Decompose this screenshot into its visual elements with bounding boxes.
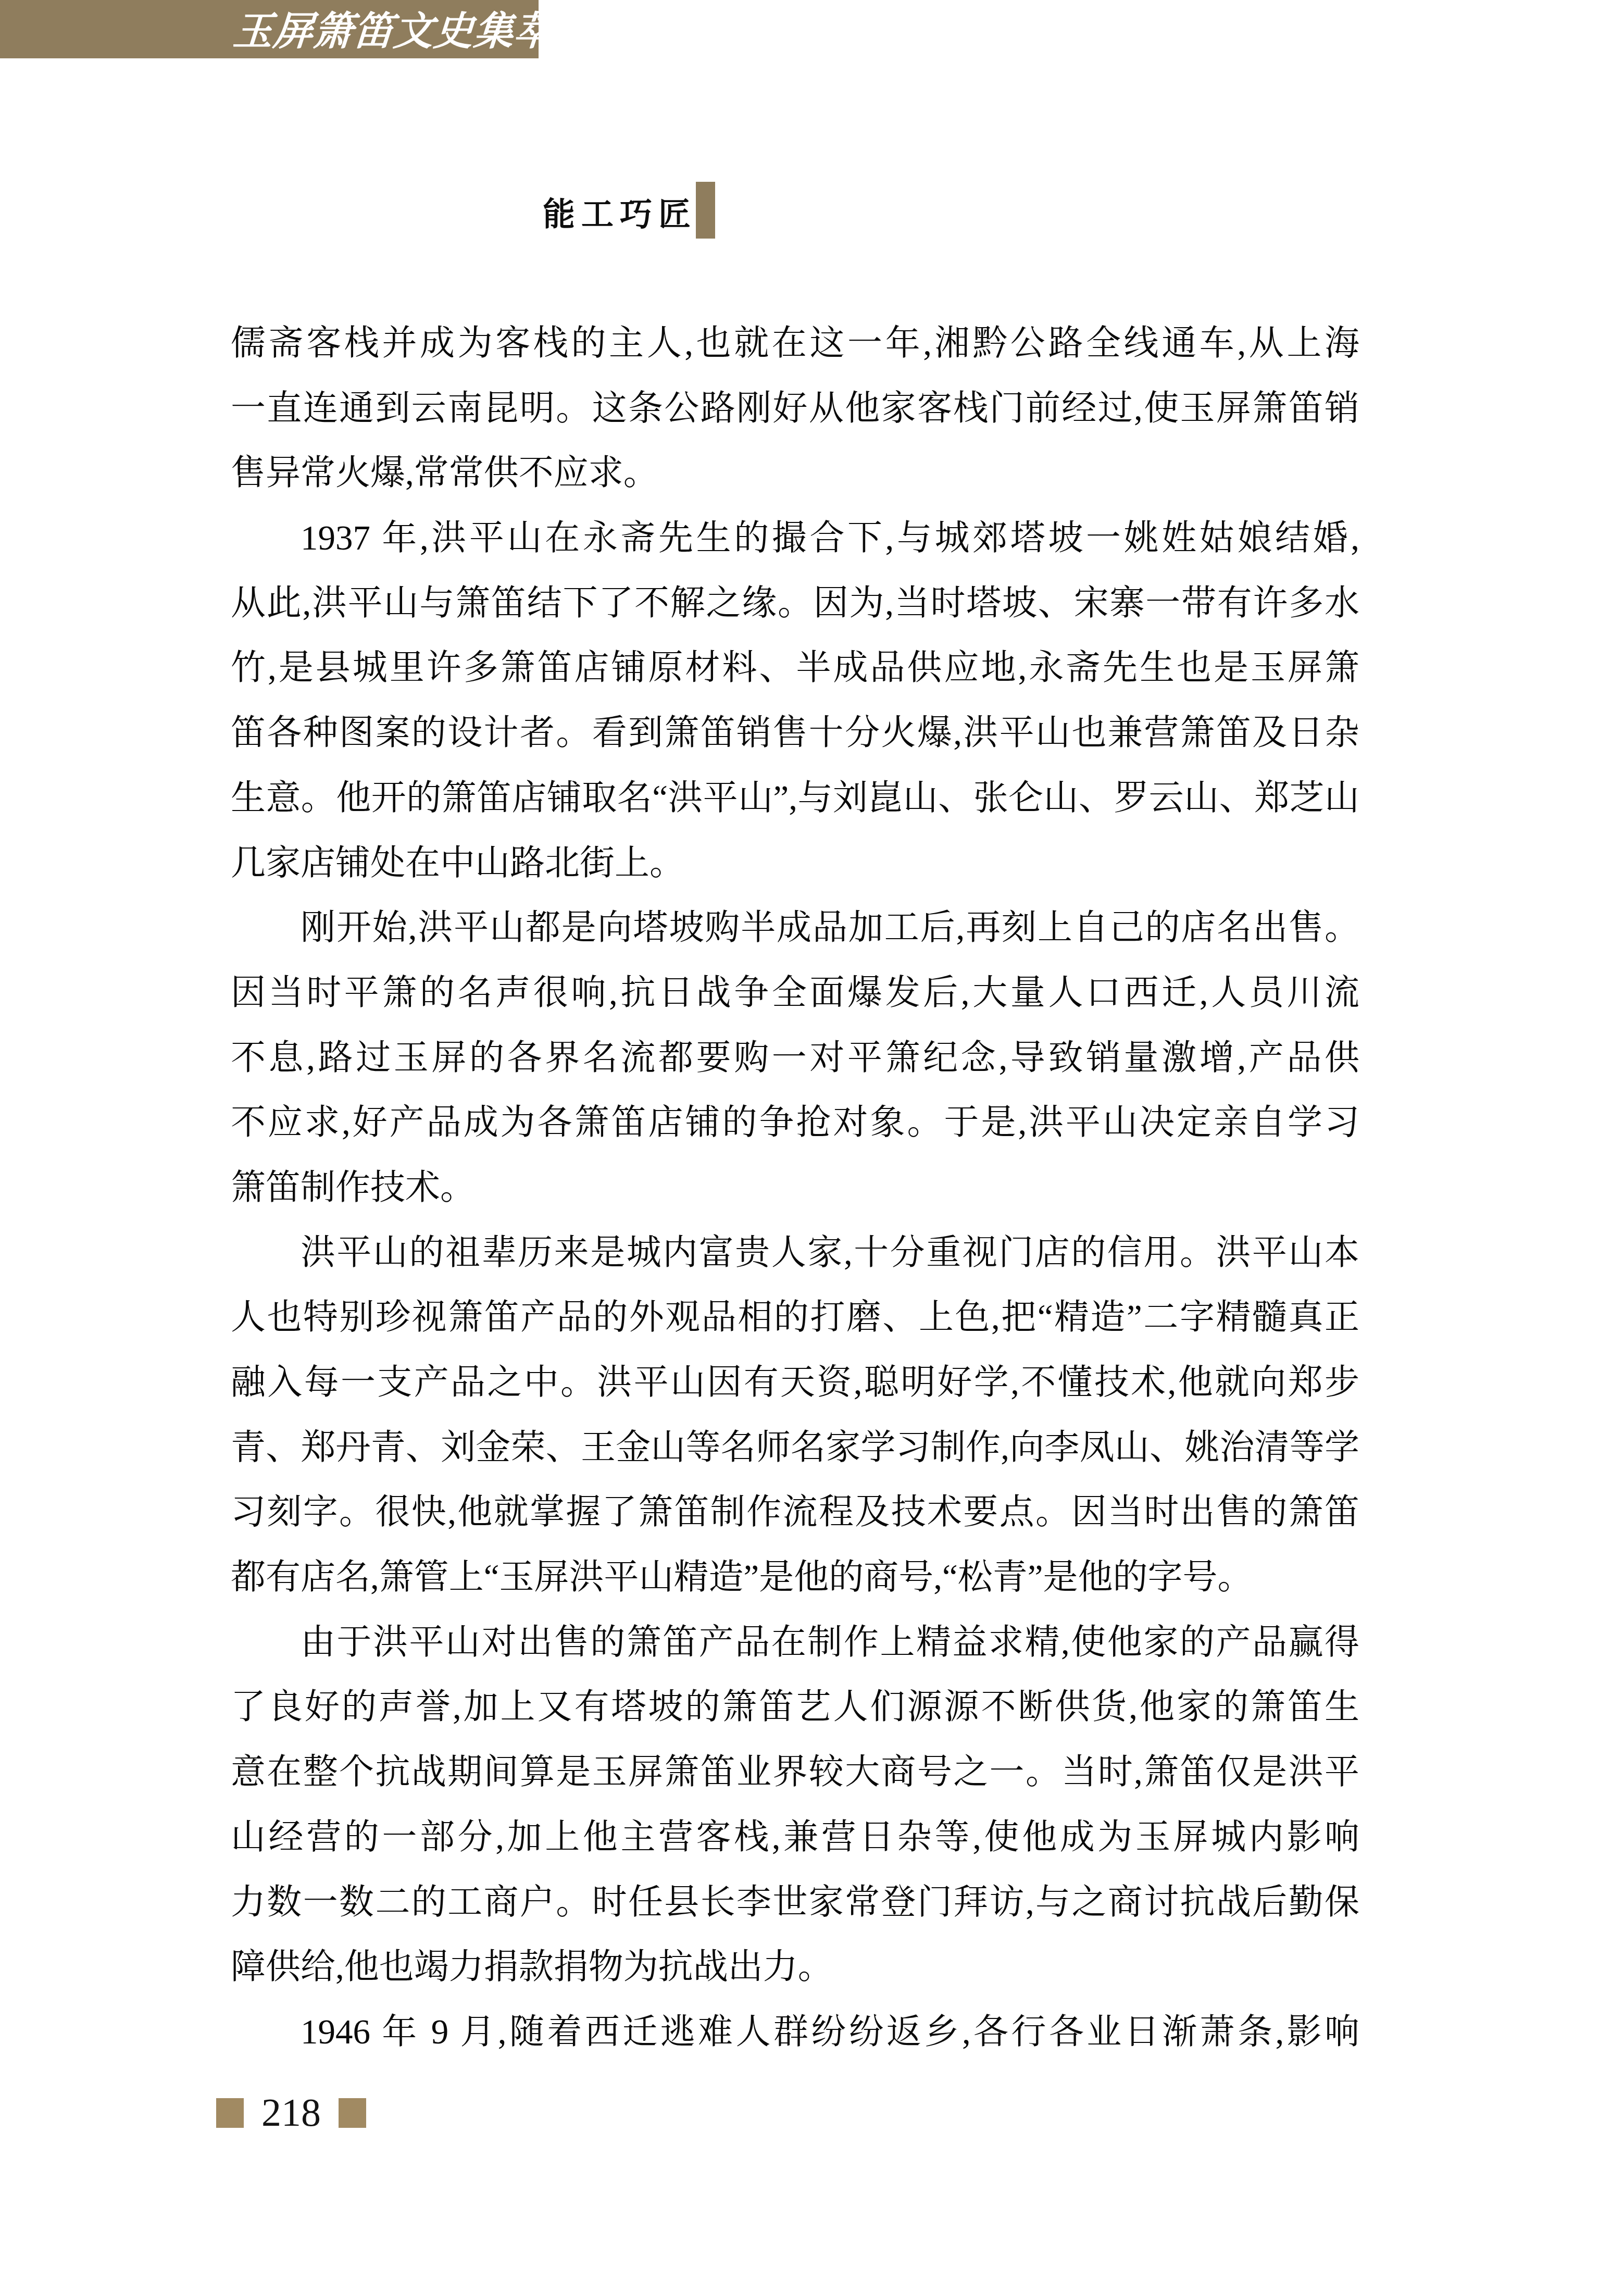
text-line: 儒斋客栈并成为客栈的主人,也就在这一年,湘黔公路全线通车,从上海: [231, 311, 1359, 376]
text-line: 售异常火爆,常常供不应求。: [231, 441, 1359, 506]
footer-square-right: [339, 2098, 366, 2128]
text-line: 障供给,他也竭力捐款捐物为抗战出力。: [231, 1935, 1359, 2000]
text-line: 笛各种图案的设计者。看到箫笛销售十分火爆,洪平山也兼营箫笛及日杂: [231, 701, 1359, 766]
text-line: 刚开始,洪平山都是向塔坡购半成品加工后,再刻上自己的店名出售。: [231, 895, 1359, 961]
text-line: 1937 年,洪平山在永斋先生的撮合下,与城郊塔坡一姚姓姑娘结婚,: [231, 506, 1359, 571]
header-strip-decor: [696, 182, 715, 239]
text-line: 融入每一支产品之中。洪平山因有天资,聪明好学,不懂技术,他就向郑步: [231, 1350, 1359, 1415]
text-line: 从此,洪平山与箫笛结下了不解之缘。因为,当时塔坡、宋寨一带有许多水: [231, 571, 1359, 636]
text-line: 山经营的一部分,加上他主营客栈,兼营日杂等,使他成为玉屏城内影响: [231, 1805, 1359, 1870]
text-line: 几家店铺处在中山路北街上。: [231, 831, 1359, 896]
text-line: 习刻字。很快,他就掌握了箫笛制作流程及技术要点。因当时出售的箫笛: [231, 1480, 1359, 1545]
text-line: 1946 年 9 月,随着西迁逃难人群纷纷返乡,各行各业日渐萧条,影响: [231, 2000, 1359, 2065]
page-footer: 218: [216, 2098, 366, 2128]
text-line: 青、郑丹青、刘金荣、王金山等名师名家学习制作,向李凤山、姚治清等学: [231, 1415, 1359, 1480]
text-line: 竹,是县城里许多箫笛店铺原材料、半成品供应地,永斋先生也是玉屏箫: [231, 635, 1359, 701]
text-line: 意在整个抗战期间算是玉屏箫笛业界较大商号之一。当时,箫笛仅是洪平: [231, 1740, 1359, 1805]
text-line: 力数一数二的工商户。时任县长李世家常登门拜访,与之商讨抗战后勤保: [231, 1870, 1359, 1935]
text-line: 洪平山的祖辈历来是城内富贵人家,十分重视门店的信用。洪平山本: [231, 1220, 1359, 1286]
text-line: 生意。他开的箫笛店铺取名“洪平山”,与刘崑山、张仑山、罗云山、郑芝山: [231, 766, 1359, 831]
body-text: 儒斋客栈并成为客栈的主人,也就在这一年,湘黔公路全线通车,从上海一直连通到云南昆…: [231, 311, 1359, 2065]
text-line: 因当时平箫的名声很响,抗日战争全面爆发后,大量人口西迁,人员川流: [231, 961, 1359, 1026]
header-band: 玉屏箫笛文史集萃: [0, 0, 539, 58]
text-line: 一直连通到云南昆明。这条公路刚好从他家客栈门前经过,使玉屏箫笛销: [231, 376, 1359, 441]
text-line: 箫笛制作技术。: [231, 1155, 1359, 1220]
section-label: 能工巧匠: [543, 182, 697, 241]
text-line: 了良好的声誉,加上又有塔坡的箫笛艺人们源源不断供货,他家的箫笛生: [231, 1675, 1359, 1740]
text-line: 都有店名,箫管上“玉屏洪平山精造”是他的商号,“松青”是他的字号。: [231, 1545, 1359, 1610]
page-number: 218: [261, 2098, 321, 2128]
book-page: 玉屏箫笛文史集萃 能工巧匠 儒斋客栈并成为客栈的主人,也就在这一年,湘黔公路全线…: [0, 0, 1624, 2269]
text-line: 人也特别珍视箫笛产品的外观品相的打磨、上色,把“精造”二字精髓真正: [231, 1285, 1359, 1350]
text-line: 不息,路过玉屏的各界名流都要购一对平箫纪念,导致销量激增,产品供: [231, 1026, 1359, 1091]
text-line: 不应求,好产品成为各箫笛店铺的争抢对象。于是,洪平山决定亲自学习: [231, 1090, 1359, 1155]
footer-square-left: [216, 2098, 244, 2128]
series-title-calligraphy: 玉屏箫笛文史集萃: [231, 0, 556, 56]
text-line: 由于洪平山对出售的箫笛产品在制作上精益求精,使他家的产品赢得: [231, 1610, 1359, 1675]
